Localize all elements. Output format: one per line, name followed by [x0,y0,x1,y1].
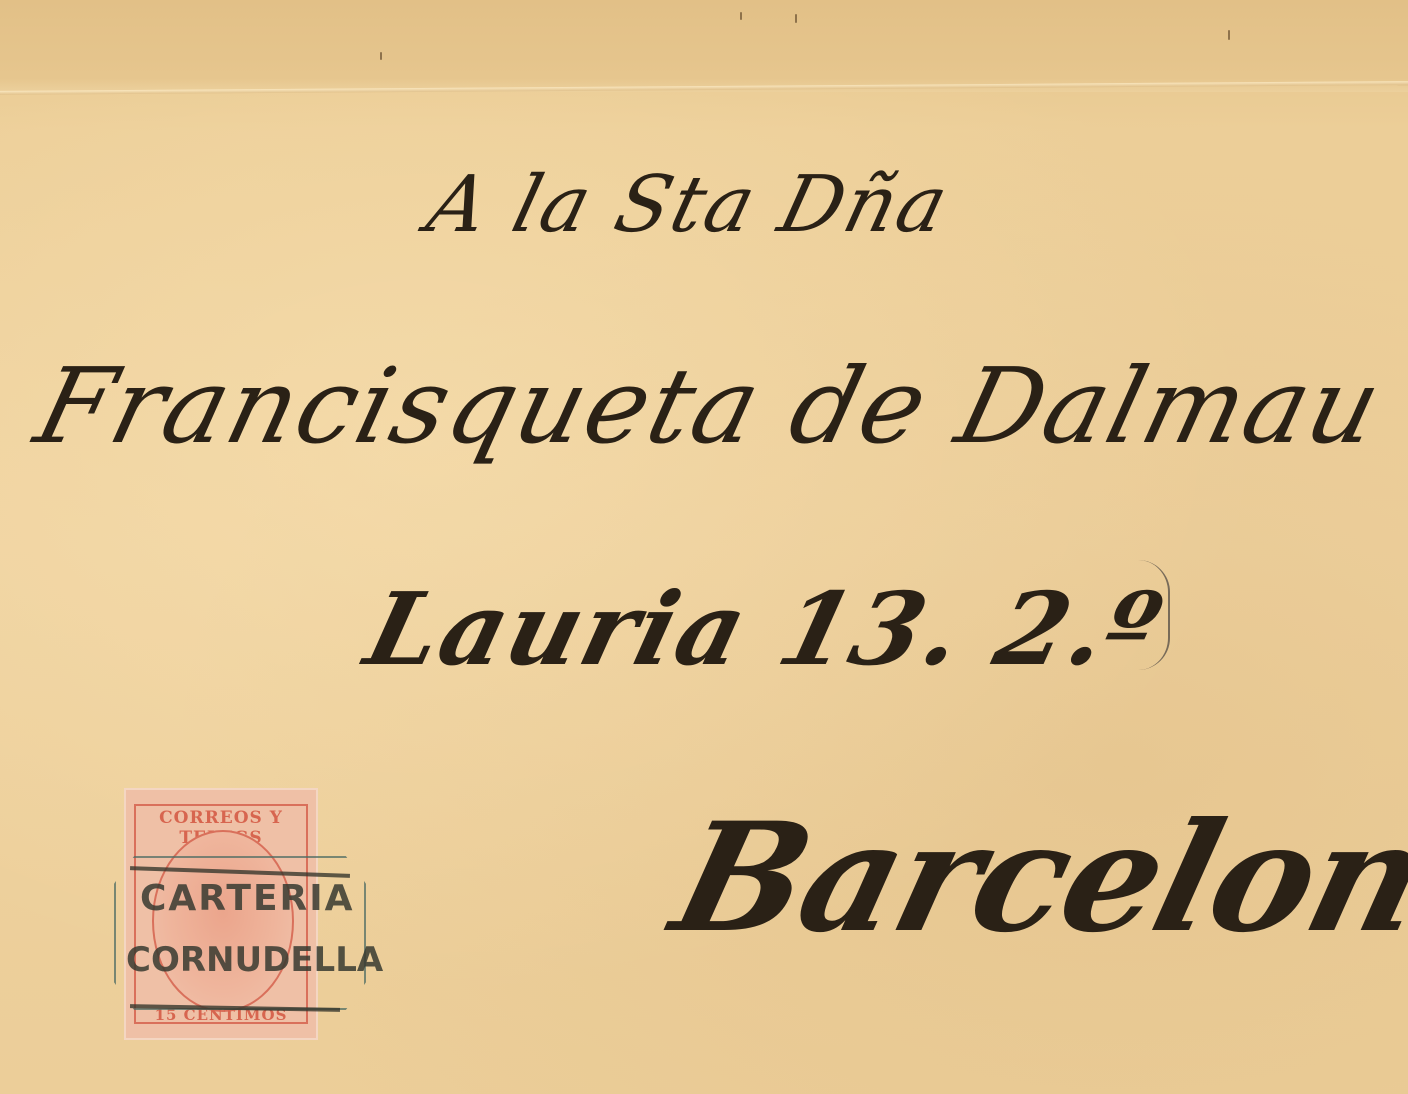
address-line-recipient: Francisqueta de Dalmau de Ferol. [25,345,1408,467]
pencil-bracket-mark [1138,560,1170,670]
paper-spot [1228,30,1230,40]
envelope-flap [0,0,1408,92]
paper-spot [380,52,382,60]
envelope: A la Sta Dña Francisqueta de Dalmau de F… [0,0,1408,1094]
paper-spot [795,14,797,23]
address-line-street: Lauria 13. 2.º [355,570,1174,688]
postmark-line1: CARTERIA [140,878,355,919]
address-line-salutation: A la Sta Dña [419,160,958,250]
paper-spot [740,12,742,20]
postmark-line2: CORNUDELLA [126,940,383,980]
address-line-city: Barcelona [658,790,1408,966]
